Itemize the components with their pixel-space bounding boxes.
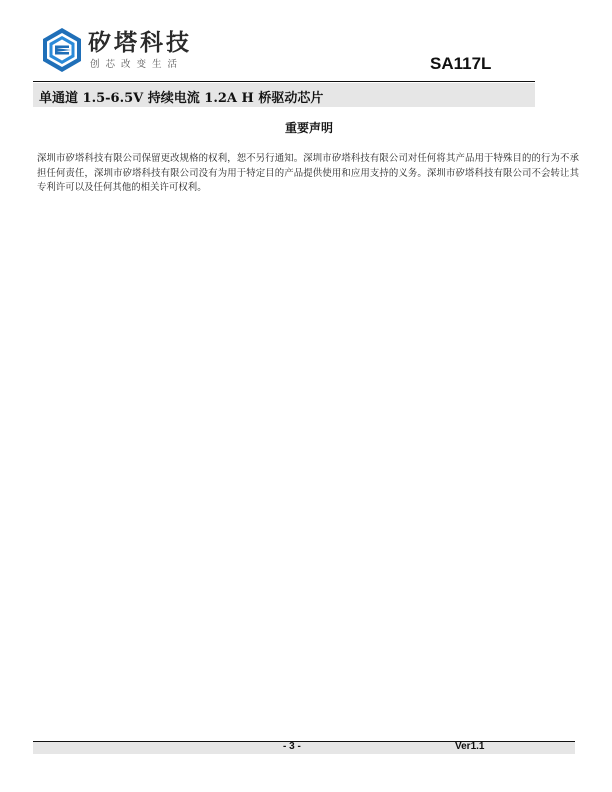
- disclaimer-paragraph: 深圳市矽塔科技有限公司保留更改规格的权利，恕不另行通知。深圳市矽塔科技有限公司对…: [37, 152, 579, 196]
- section-title-text: 重要声明: [285, 121, 333, 135]
- product-title-band: 单通道 1.5-6.5V 持续电流 1.2A H 桥驱动芯片: [33, 83, 535, 107]
- company-slogan: 创芯改变生活: [90, 59, 183, 71]
- header-divider: [33, 81, 535, 82]
- part-number: SA117L: [430, 54, 491, 74]
- document-version: Ver1.1: [455, 741, 484, 752]
- company-logo-icon: [38, 26, 86, 74]
- page-number: - 3 -: [283, 741, 301, 752]
- footer-band: [33, 742, 575, 754]
- section-heading: 重要声明: [0, 119, 612, 136]
- company-name: 矽塔科技: [88, 30, 192, 56]
- product-title: 单通道 1.5-6.5V 持续电流 1.2A H 桥驱动芯片: [39, 87, 323, 106]
